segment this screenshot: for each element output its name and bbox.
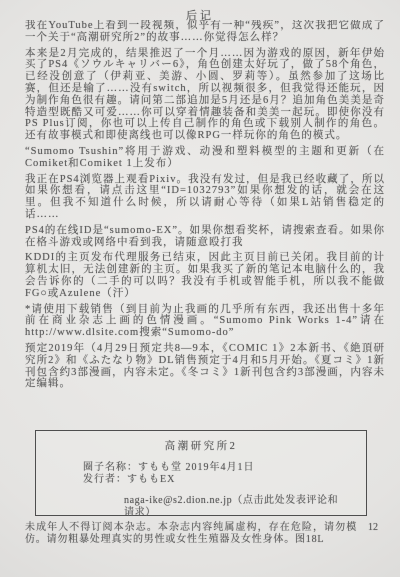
body-paragraph: “Sumomo Tsushin”将用于游戏、动漫和塑料模型的主题和更新（在Com…: [25, 146, 385, 170]
scanned-afterword-page: 后记 我在YouTube上看到一段视频，似乎有一种“残疾”，这次我把它做成了一个…: [0, 0, 400, 577]
publisher-line: 发行者：すももEX: [83, 474, 366, 486]
colophon-box: 高潮研究所2 圈子名称：すもも堂 2019年4月1日 发行者：すももEX nag…: [35, 430, 367, 516]
body-paragraph: 我正在PS4浏览器上观看Pixiv。我没有发过，但是我已经收藏了，所以如果你想看…: [25, 174, 385, 221]
disclaimer-text: 未成年人不得订阅本杂志。本杂志内容纯属虚构，存在危险，请勿模仿。请勿粗暴处理真实…: [25, 522, 357, 546]
afterword-body: 我在YouTube上看到一段视频，似乎有一种“残疾”，这次我把它做成了一个关于“…: [25, 20, 385, 394]
body-paragraph: 本来是2月完成的，结果推迟了一个月……因为游戏的原因，新年伊始买了PS4《ソウル…: [25, 48, 385, 142]
contact-email-line: naga-ike@s2.dion.ne.jp（点击此处发表评论和请求）: [124, 495, 340, 518]
body-paragraph: PS4的在线ID是“sumomo-EX”。如果你想看奖杯，请搜索查看。如果你在格…: [25, 225, 385, 249]
body-paragraph: 预定2019年（4月29日预定共8—9本，《COMIC 1》2本新书、《絶頂研究…: [25, 343, 385, 390]
body-paragraph: KDDI的主页发布代理服务已结束，因此主页目前已关闭。我目前的计算机太旧，无法创…: [25, 252, 385, 299]
body-paragraph: *请使用下载销售（到目前为止我画的几乎所有东西，我还出售十多年前在商业杂志上画的…: [25, 304, 385, 339]
body-paragraph: 我在YouTube上看到一段视频，似乎有一种“残疾”，这次我把它做成了一个关于“…: [25, 20, 385, 44]
circle-name-line: 圈子名称：すもも堂 2019年4月1日: [83, 462, 366, 474]
colophon-title: 高潮研究所2: [36, 438, 366, 453]
page-number: 12: [368, 522, 378, 533]
